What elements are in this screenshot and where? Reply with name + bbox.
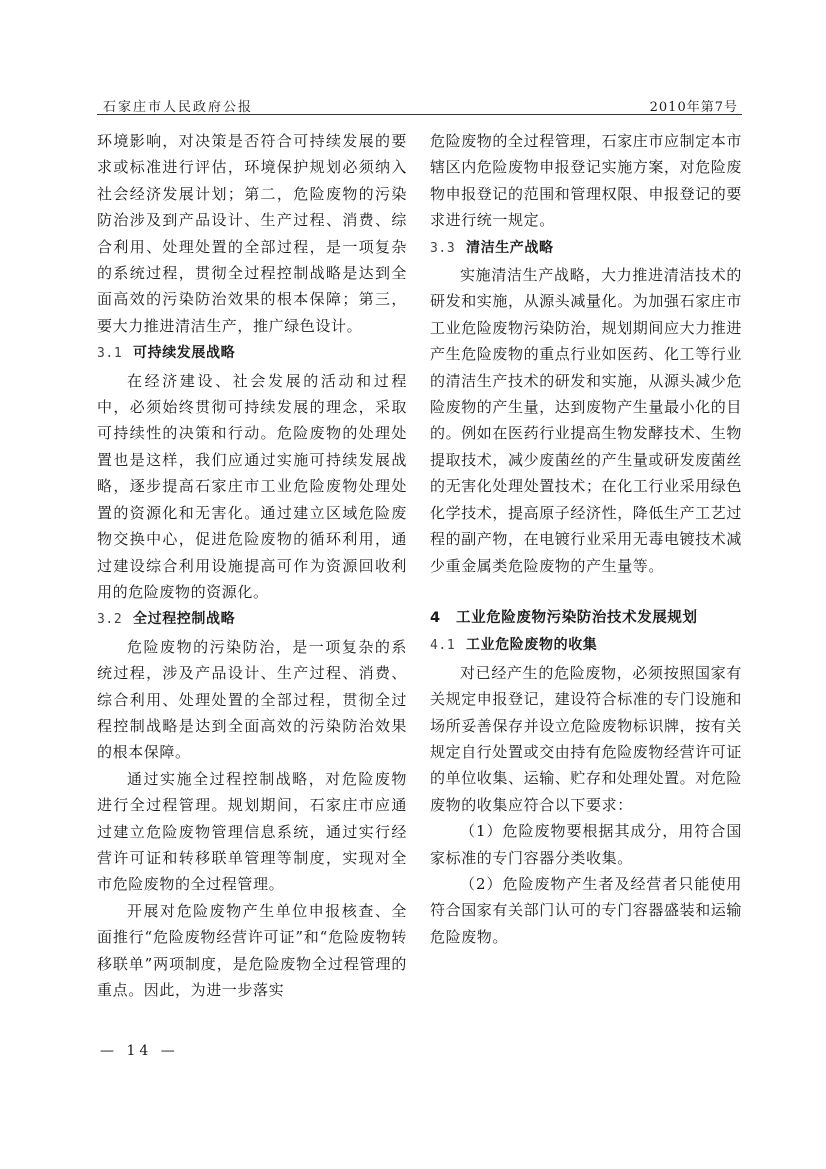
section-heading-3-2: 3.2全过程控制战略 (97, 605, 407, 633)
section-number: 3.1 (97, 341, 133, 367)
paragraph: 对已经产生的危险废物，必须按照国家有关规定申报登记，建设符合标准的专门设施和场所… (430, 660, 742, 818)
section-title: 全过程控制战略 (133, 611, 235, 627)
paragraph: 在经济建设、社会发展的活动和过程中，必须始终贯彻可持续发展的理念，采取可持续性的… (97, 368, 407, 606)
section-title: 清洁生产战略 (466, 240, 554, 256)
running-header: 石家庄市人民政府公报 2010年第7号 (97, 96, 742, 115)
paragraph: 危险废物的全过程管理，石家庄市应制定本市辖区内危险废物申报登记实施方案，对危险废… (430, 128, 742, 234)
section-number: 4.1 (430, 633, 466, 659)
section-title: 工业危险废物污染防治技术发展规划 (456, 610, 698, 626)
paragraph: 危险废物的污染防治，是一项复杂的系统过程，涉及产品设计、生产过程、消费、综合利用… (97, 634, 407, 766)
paragraph: 实施清洁生产战略，大力推进清洁技术的研发和实施，从源头减量化。为加强石家庄市工业… (430, 262, 742, 579)
page-number: — 14 — (100, 1043, 179, 1059)
section-number: 3.2 (97, 607, 133, 633)
paragraph: 环境影响，对决策是否符合可持续发展的要求或标准进行评估，环境保护规划必须纳入社会… (97, 128, 407, 339)
section-number: 3.3 (430, 236, 466, 262)
list-item: （1）危险废物要根据其成分，用符合国家标准的专门容器分类收集。 (430, 818, 742, 871)
issue-number: 2010年第7号 (650, 96, 738, 115)
left-column: 环境影响，对决策是否符合可持续发展的要求或标准进行评估，环境保护规划必须纳入社会… (97, 128, 407, 1003)
section-title: 可持续发展战略 (133, 345, 235, 361)
section-heading-3-3: 3.3清洁生产战略 (430, 234, 742, 262)
section-title: 工业危险废物的收集 (466, 637, 597, 653)
section-heading-3-1: 3.1可持续发展战略 (97, 339, 407, 367)
list-item: （2）危险废物产生者及经营者只能使用符合国家有关部门认可的专门容器盛装和运输危险… (430, 871, 742, 950)
publication-title: 石家庄市人民政府公报 (103, 96, 253, 115)
section-number: 4 (430, 605, 456, 631)
paragraph: 通过实施全过程控制战略，对危险废物进行全过程管理。规划期间，石家庄市应通过建立危… (97, 766, 407, 898)
right-column: 危险废物的全过程管理，石家庄市应制定本市辖区内危险废物申报登记实施方案，对危险废… (430, 128, 742, 950)
section-heading-4: 4工业危险废物污染防治技术发展规划 (430, 605, 742, 631)
spacer (430, 579, 742, 605)
paragraph: 开展对危险废物产生单位申报核查、全面推行“危险废物经营许可证”和“危险废物转移联… (97, 898, 407, 1004)
section-heading-4-1: 4.1工业危险废物的收集 (430, 631, 742, 659)
